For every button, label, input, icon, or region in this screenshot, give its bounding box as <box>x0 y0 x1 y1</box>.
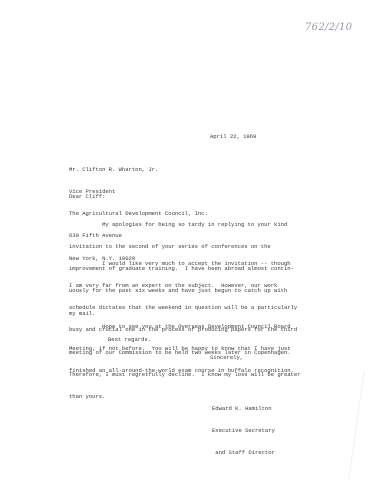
paragraph-line: My apologies for being so tardy in reply… <box>69 221 294 228</box>
paper-edge-mark <box>348 370 373 480</box>
handwritten-file-number: 762/2/10 <box>305 22 352 33</box>
closing: Best regards. <box>108 336 151 343</box>
signature-line: Executive Secretary <box>212 427 275 434</box>
paragraph-line: Meeting, if not before. You will be happ… <box>69 345 294 352</box>
recipient-line: Mr. Clifton R. Wharton, Jr. <box>69 166 208 173</box>
letter-page: 762/2/10 April 22, 1969 Mr. Clifton R. W… <box>0 0 373 480</box>
letter-date: April 22, 1969 <box>210 133 256 140</box>
sign-off: Sincerely, <box>210 354 243 361</box>
signature-line: Edward K. Hamilton <box>212 405 275 412</box>
paragraph-line: Hope to see you at the Overseas Developm… <box>69 323 294 330</box>
paragraph-line: finished an all-around-the-world exam co… <box>69 367 294 374</box>
signature-block: Edward K. Hamilton Executive Secretary a… <box>212 390 275 471</box>
paragraph-line: I would like very much to accept the inv… <box>69 260 300 267</box>
signature-line: and Staff Director <box>212 449 275 456</box>
paragraph-line: I am very far from an expert on the subj… <box>69 282 300 289</box>
salutation: Dear Cliff: <box>69 193 105 200</box>
paragraph-meeting: Hope to see you at the Overseas Developm… <box>69 308 294 389</box>
